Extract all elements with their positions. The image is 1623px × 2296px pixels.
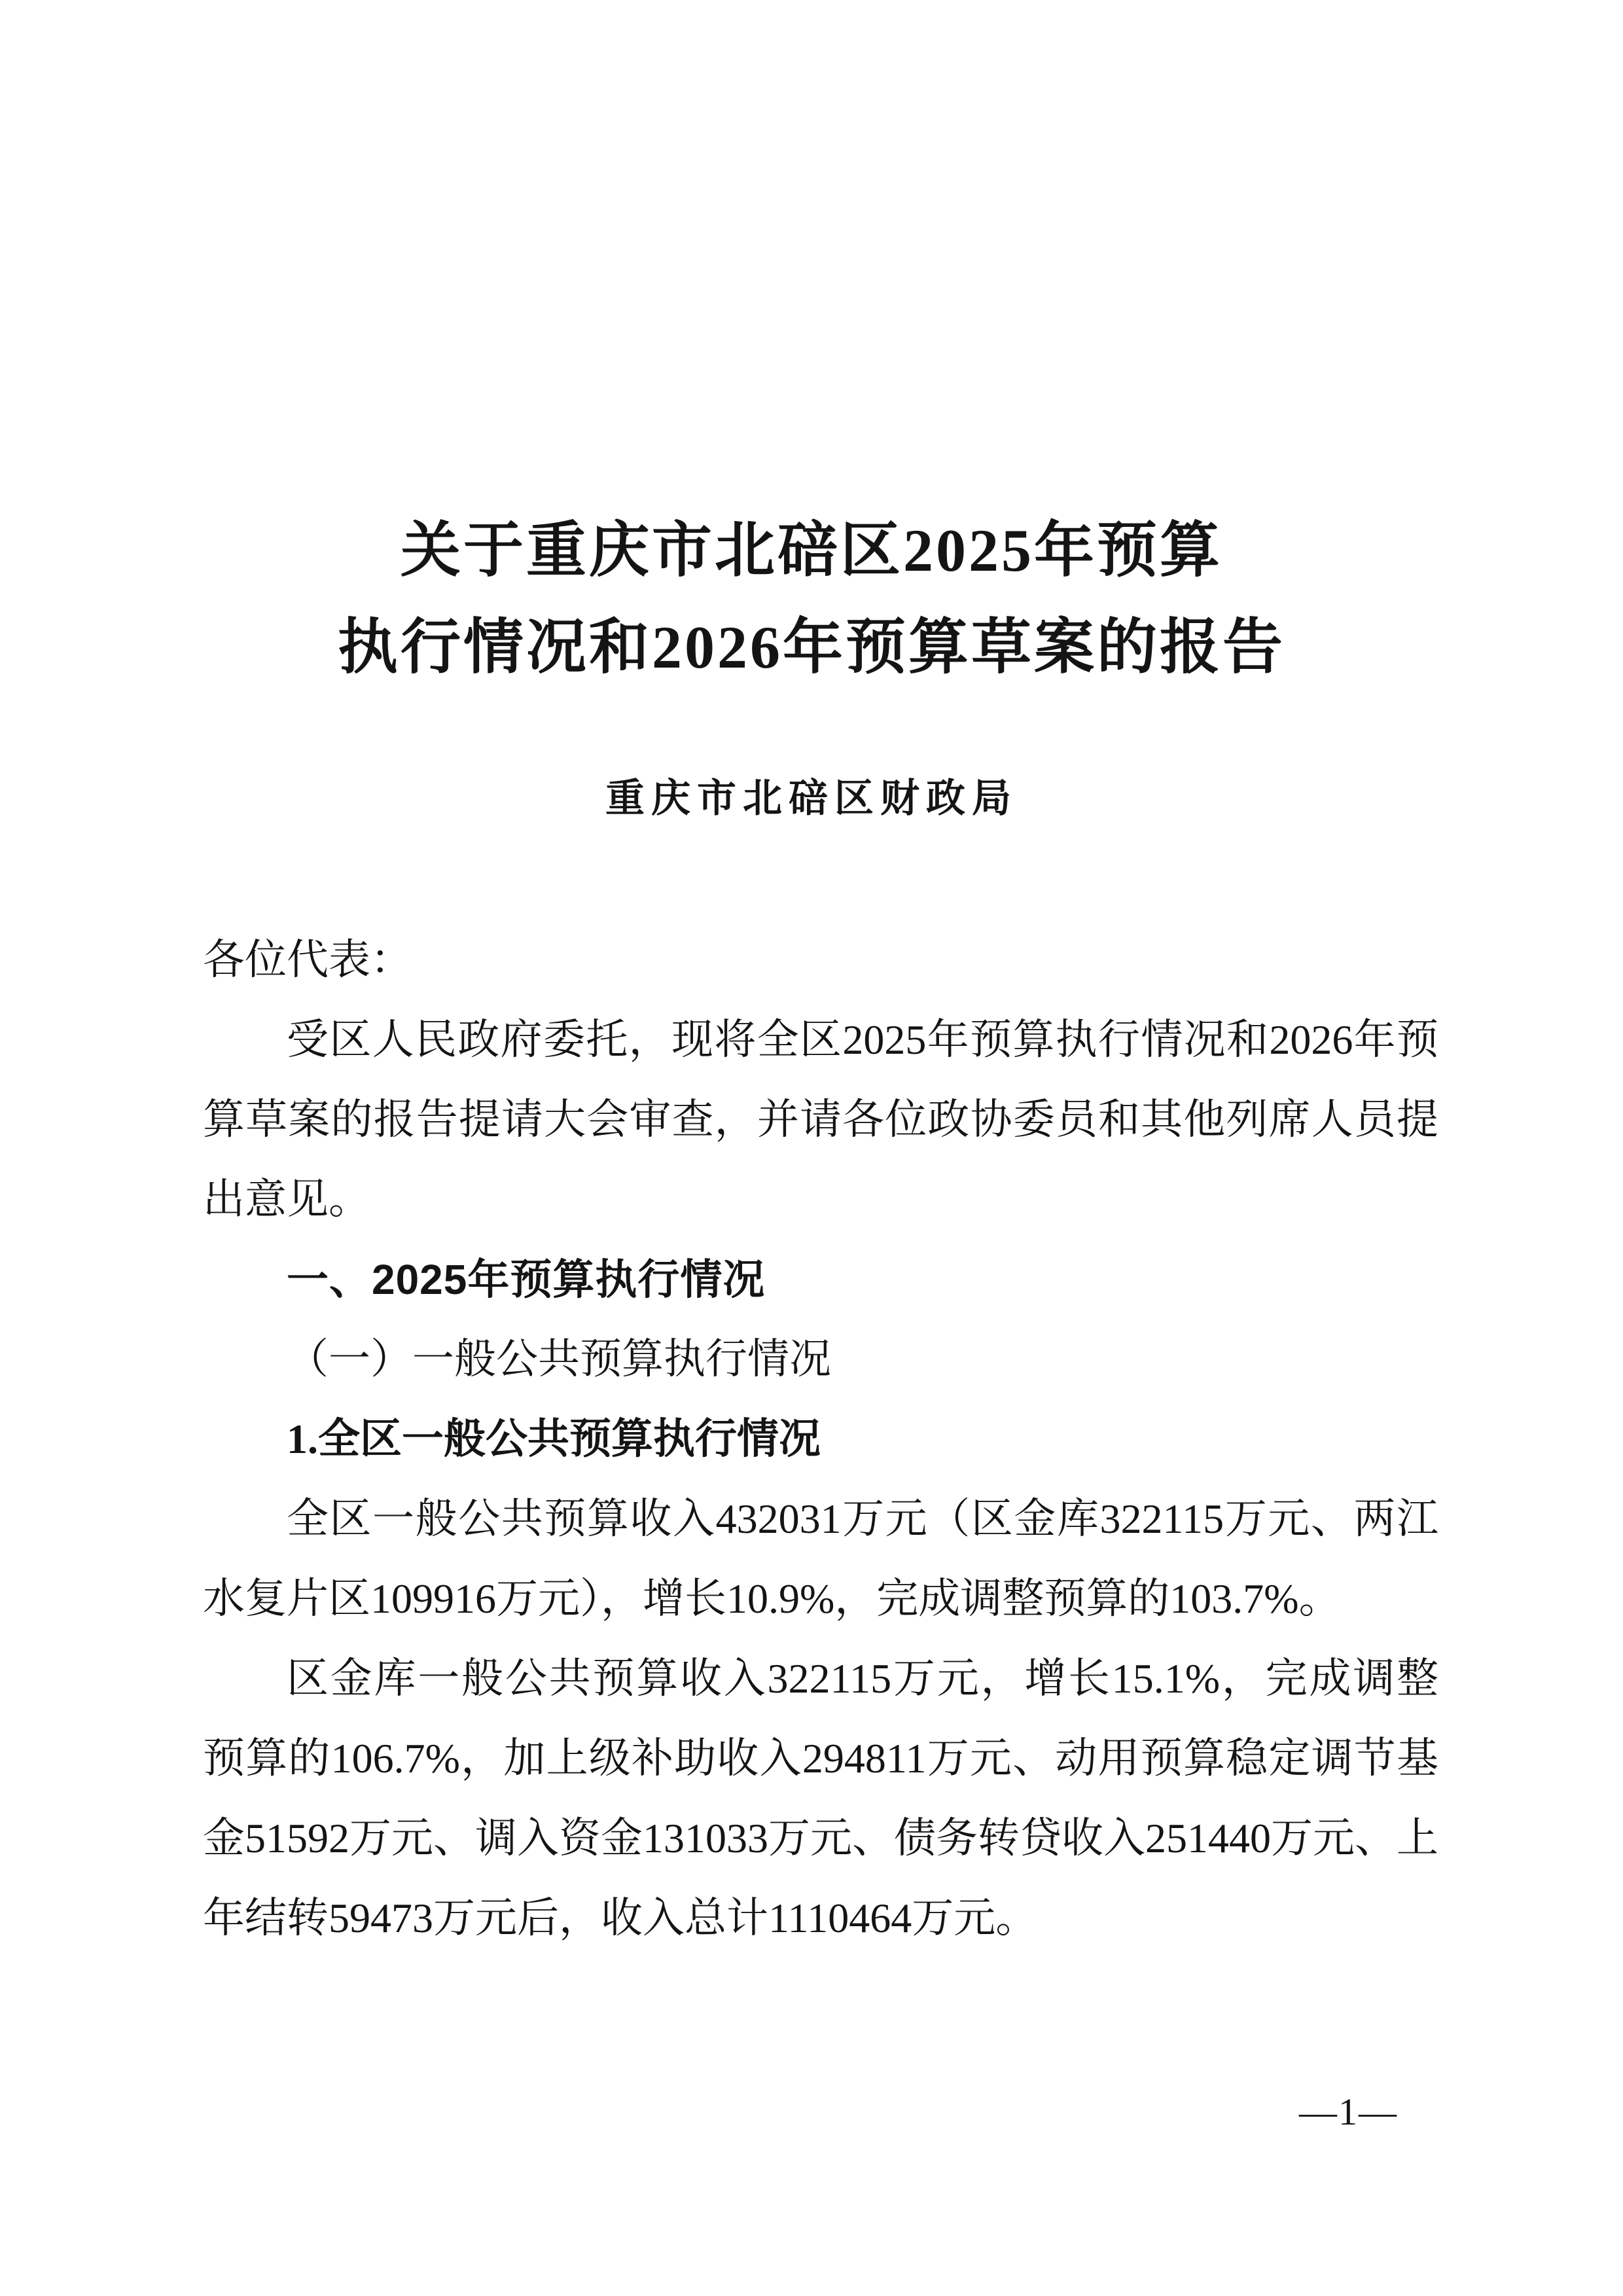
paragraph-district-revenue: 全区一般公共预算收入432031万元（区金库322115万元、两江水复片区109… <box>203 1479 1438 1639</box>
document-page: 关于重庆市北碚区2025年预算 执行情况和2026年预算草案的报告 重庆市北碚区… <box>0 0 1623 2296</box>
issuing-agency: 重庆市北碚区财政局 <box>0 772 1623 825</box>
heading-level-3-district-budget-execution: 1.全区一般公共预算执行情况 <box>203 1399 1438 1479</box>
page-number: —1— <box>1299 2093 1398 2131</box>
heading-level-2-general-public-budget: （一）一般公共预算执行情况 <box>203 1319 1438 1399</box>
paragraph-treasury-revenue: 区金库一般公共预算收入322115万元，增长15.1%，完成调整预算的106.7… <box>203 1639 1438 1958</box>
document-body: 各位代表： 受区人民政府委托，现将全区2025年预算执行情况和2026年预算草案… <box>203 920 1438 1958</box>
title-line-2: 执行情况和2026年预算草案的报告 <box>0 599 1623 696</box>
heading-level-1-budget-execution: 一、2025年预算执行情况 <box>203 1240 1438 1319</box>
paragraph-intro: 受区人民政府委托，现将全区2025年预算执行情况和2026年预算草案的报告提请大… <box>203 1000 1438 1240</box>
salutation: 各位代表： <box>203 920 1438 1000</box>
title-line-1: 关于重庆市北碚区2025年预算 <box>0 502 1623 599</box>
document-title: 关于重庆市北碚区2025年预算 执行情况和2026年预算草案的报告 <box>0 502 1623 696</box>
